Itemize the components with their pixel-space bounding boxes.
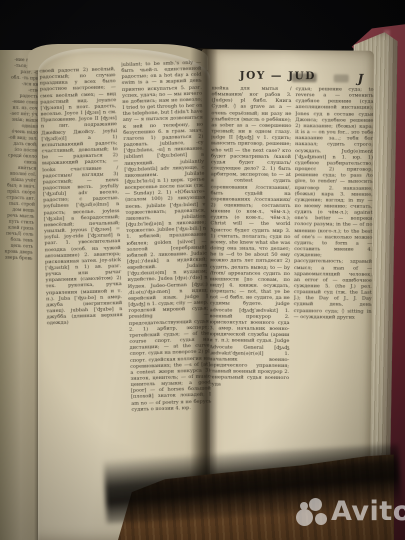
right-page-column-1: шейка для мытья /обмывания/ ног рабов 3.…: [208, 85, 291, 474]
avito-watermark-text: Avito: [331, 496, 405, 527]
right-page-column-2: судья; решение суда; to reverse a — отме…: [292, 86, 373, 475]
left-page-column-1: своей радости 2) весёлый, радостный; по …: [39, 66, 127, 468]
ink-smudge: [292, 73, 317, 82]
photo-open-dictionary-book: JOY — JUD J шейка для мытья /обмывания/ …: [0, 0, 405, 540]
avito-watermark: Avito: [291, 494, 401, 532]
avito-logo-icon: [296, 509, 313, 526]
ink-smudge: [334, 74, 349, 82]
right-page: JOY — JUD J шейка для мытья /обмывания/ …: [198, 49, 374, 490]
avito-logo-icon: [315, 513, 327, 525]
gutter-shadow: [190, 48, 218, 492]
avito-logo-icon: [309, 498, 322, 511]
guide-letter: J: [358, 72, 364, 86]
